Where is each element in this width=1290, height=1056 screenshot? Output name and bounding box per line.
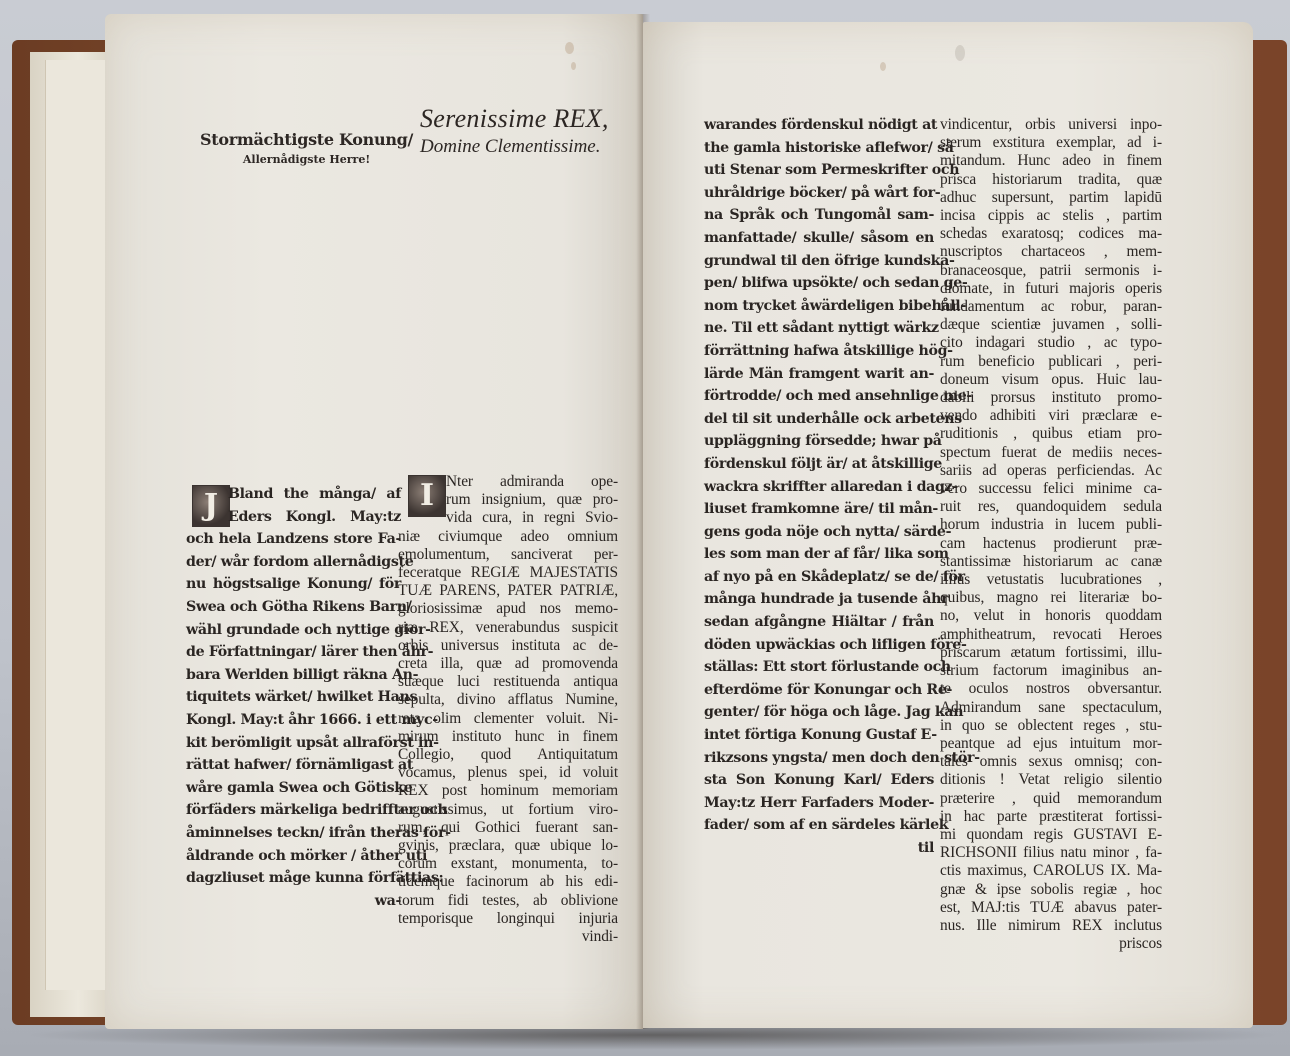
latin-column-left-page: Nter admiranda ope-rum insignium, quæ pr… (398, 473, 618, 946)
text-line: åminnelses teckn/ ifrån theras för- (186, 822, 401, 845)
text-line: tiquitets wärket/ hwilket Hans (186, 686, 401, 709)
text-line: ctis maximus, CAROLUS IX. Ma- (940, 862, 1162, 880)
text-line: nus. Ille nimirum REX inclutus (940, 917, 1162, 935)
text-line: niæ civiumque adeo omnium (398, 528, 618, 546)
foxing-spot (955, 45, 965, 61)
text-line: ne. Til ett sådant nyttigt wärkz (704, 317, 934, 340)
text-line: tales omnis sexus omnisq; con- (940, 753, 1162, 771)
text-line: peantque ad ejus intuitum mor- (940, 735, 1162, 753)
text-line: præterire , quid memorandum (940, 790, 1162, 808)
text-line: vida cura, in regni Svio- (398, 509, 618, 527)
text-line: Bland the många/ af (186, 483, 401, 506)
text-line: vocamus, plenus spei, id voluit (398, 764, 618, 782)
text-line: est, MAJ:tis TUÆ abavus pater- (940, 899, 1162, 917)
text-line: kit berömligit upsåt allraförst in- (186, 732, 401, 755)
text-line: döden upwäckias och lifligen före- (704, 634, 934, 657)
foxing-spot (880, 62, 886, 71)
text-line: fader/ som af en särdeles kärlek (704, 814, 934, 837)
text-line: fördenskul följt är/ at åtskillige (704, 453, 934, 476)
text-line: rum, qui Gothici fuerant san- (398, 819, 618, 837)
heading-swedish-line1: Stormächtigste Konung/ (200, 130, 413, 149)
text-line: in quo se oblectent reges , stu- (940, 717, 1162, 735)
text-line: uti Stenar som Permeskrifter och (704, 159, 934, 182)
text-line: no, velut in honoris quoddam (940, 607, 1162, 625)
text-line: spectum fuerat de mediis neces- (940, 444, 1162, 462)
text-line: förfäders märkeliga bedriffter och (186, 799, 401, 822)
text-line: sta Son Konung Karl/ Eders (704, 769, 934, 792)
text-line: the gamla historiske aflefwor/ så (704, 137, 934, 160)
catchword: til (704, 837, 934, 860)
text-line: orbis universus instituta ac de- (398, 637, 618, 655)
text-line: gvinis, præclara, quæ ubique lo- (398, 837, 618, 855)
text-line: sedan afgångne Hiältar / från (704, 611, 934, 634)
text-line: mi quondam regis GUSTAVI E- (940, 826, 1162, 844)
swedish-column-left-page: Bland the många/ afEders Kongl. May:tzoc… (186, 483, 401, 912)
text-line: Nter admiranda ope- (398, 473, 618, 491)
catchword: wa- (186, 890, 401, 913)
text-line: uppläggning försedde; hwar på (704, 430, 934, 453)
text-line: emolumentum, sanciverat per- (398, 546, 618, 564)
text-line: vindicentur, orbis universi inpo- (940, 116, 1162, 134)
text-line: quibus, magno rei literariæ bo- (940, 589, 1162, 607)
text-line: dabili prorsus instituto promo- (940, 389, 1162, 407)
show-through-text (250, 370, 610, 440)
text-line: strium factorum imaginibus an- (940, 662, 1162, 680)
text-line: intet förtiga Konung Gustaf E- (704, 724, 934, 747)
text-line: Eders Kongl. May:tz (186, 506, 401, 529)
heading-latin: Serenissime REX, Domine Clementissime. (420, 104, 609, 158)
text-line: de Författningar/ lärer then åhr- (186, 641, 401, 664)
text-line: sariis ad operas perficiendas. Ac (940, 462, 1162, 480)
text-line: schedas exaratosq; codices ma- (940, 225, 1162, 243)
text-line: manfattade/ skulle/ såsom en (704, 227, 934, 250)
text-line: gens goda nöje och nytta/ särde- (704, 521, 934, 544)
text-line: pen/ blifwa upsökte/ och sedan ge- (704, 272, 934, 295)
catchword: priscos (940, 935, 1162, 953)
text-line: in hac parte præstiterat fortissi- (940, 808, 1162, 826)
catchword: vindi- (398, 928, 618, 946)
text-line: och hela Landzens store Fa- (186, 528, 401, 551)
text-line: ditionis ! Vetat religio silentio (940, 771, 1162, 789)
text-line: nu högstsalige Konung/ för (186, 573, 401, 596)
text-line: tidemque facinorum ab his edi- (398, 873, 618, 891)
heading-swedish-line2: Allernådigste Herre! (200, 153, 413, 166)
text-line: förtrodde/ och med ansehnlige me- (704, 385, 934, 408)
heading-latin-line1: Serenissime REX, (420, 104, 609, 134)
text-line: nom trycket åwärdeligen bibehåll- (704, 295, 934, 318)
text-line: les som man der af får/ lika som (704, 543, 934, 566)
foxing-spot (565, 42, 574, 54)
text-line: horum industria in lucem publi- (940, 516, 1162, 534)
text-line: prisca historiarum tradita, quæ (940, 171, 1162, 189)
text-line: cito indagari studio , ac typo- (940, 334, 1162, 352)
text-line: na Språk och Tungomål sam- (704, 204, 934, 227)
text-line: del til sit underhålle ock arbetens (704, 408, 934, 431)
text-line: priscarum ætatum fortissimi, illu- (940, 644, 1162, 662)
text-line: dagzliuset måge kunna förfättias: (186, 867, 401, 890)
text-line: liuset framkomne äre/ til mån- (704, 498, 934, 521)
text-line: incisa cippis ac stelis , partim (940, 207, 1162, 225)
text-line: sepulta, divino afflatus Numine, (398, 691, 618, 709)
text-line: diomate, in futuri majoris operis (940, 280, 1162, 298)
text-line: wåre gamla Swea och Götiske (186, 777, 401, 800)
text-line: af nyo på en Skådeplatz/ se de/ för (704, 566, 934, 589)
text-line: vero successu felici minime ca- (940, 480, 1162, 498)
text-line: corum exstant, monumenta, to- (398, 855, 618, 873)
flyleaf-inner (45, 60, 106, 990)
text-line: många hundrade ja tusende åhr (704, 588, 934, 611)
text-line: te oculos nostros obversantur. (940, 680, 1162, 698)
text-line: rum insignium, quæ pro- (398, 491, 618, 509)
text-line: feceratque REGIÆ MAJESTATIS (398, 564, 618, 582)
text-line: dæque scientiæ juvamen , solli- (940, 316, 1162, 334)
text-line: warandes fördenskul nödigt at (704, 114, 934, 137)
text-line: ställas: Ett stort förlustande och (704, 656, 934, 679)
text-line: ruit res, quandoquidem sedula (940, 498, 1162, 516)
text-line: mirum instituto hunc in finem (398, 728, 618, 746)
text-line: bara Werlden billigt räkna An- (186, 664, 401, 687)
text-line: vendo adhibiti viri præclaræ e- (940, 407, 1162, 425)
text-line: REX post hominum memoriam (398, 782, 618, 800)
text-line: adhuc supersunt, partim lapidū (940, 189, 1162, 207)
text-line: Kongl. May:t åhr 1666. i ett myc- (186, 709, 401, 732)
text-line: lärde Män framgent warit an- (704, 363, 934, 386)
text-line: branaceosque, patrii sermonis i- (940, 262, 1162, 280)
text-line: efterdöme för Konungar och Re- (704, 679, 934, 702)
text-line: sterum exstitura exemplar, ad i- (940, 134, 1162, 152)
text-line: rättat hafwer/ förnämligast at (186, 754, 401, 777)
text-line: TUÆ PARENS, PATER PATRIÆ, (398, 582, 618, 600)
text-line: grundwal til den öfrige kundska- (704, 250, 934, 273)
text-line: illius vetustatis lucubrationes , (940, 571, 1162, 589)
text-line: Collegio, quod Antiquitatum (398, 746, 618, 764)
text-line: wackra skriffter allaredan i dagz- (704, 476, 934, 499)
text-line: förrättning hafwa åtskillige hög- (704, 340, 934, 363)
text-line: nuscriptos chartaceos , mem- (940, 243, 1162, 261)
text-line: torum fidi testes, ab oblivione (398, 892, 618, 910)
text-line: amphitheatrum, revocati Heroes (940, 626, 1162, 644)
text-line: ruditionis , quibus etiam pro- (940, 425, 1162, 443)
text-line: Admirandum sane spectaculum, (940, 699, 1162, 717)
latin-column-right-page: vindicentur, orbis universi inpo-sterum … (940, 116, 1162, 953)
text-line: Swea och Götha Rikens Barn/ (186, 596, 401, 619)
heading-swedish: Stormächtigste Konung/ Allernådigste Her… (200, 130, 413, 166)
text-line: åldrande och mörker / åther uti (186, 845, 401, 868)
text-line: gloriosissimæ apud nos memo- (398, 600, 618, 618)
text-line: riæ REX, venerabundus suspicit (398, 619, 618, 637)
text-line: suæque luci restituenda antiqua (398, 673, 618, 691)
text-line: rum beneficio publicari , peri- (940, 353, 1162, 371)
text-line: der/ wår fordom allernådigste (186, 551, 401, 574)
text-line: genter/ för höga och låge. Jag kan (704, 701, 934, 724)
text-line: wähl grundade och nyttige gior- (186, 619, 401, 642)
text-line: fundamentum ac robur, paran- (940, 298, 1162, 316)
heading-latin-line2: Domine Clementissime. (420, 136, 609, 158)
text-line: rata olim clementer voluit. Ni- (398, 710, 618, 728)
text-line: stantissimæ historiarum ac canæ (940, 553, 1162, 571)
text-line: creta illa, quæ ad promovenda (398, 655, 618, 673)
text-line: May:tz Herr Farfaders Moder- (704, 792, 934, 815)
text-line: doneum visum opus. Huic lau- (940, 371, 1162, 389)
text-line: rikzsons yngsta/ men doch den stör- (704, 747, 934, 770)
text-line: augustissimus, ut fortium viro- (398, 801, 618, 819)
foxing-spot (571, 62, 576, 70)
text-line: gnæ & ipse sobolis regiæ , hoc (940, 881, 1162, 899)
swedish-column-right-page: warandes fördenskul nödigt atthe gamla h… (704, 114, 934, 860)
text-line: mitandum. Hunc adeo in finem (940, 152, 1162, 170)
text-line: RICHSONII filius natu minor , fa- (940, 844, 1162, 862)
text-line: cam hactenus prodierunt præ- (940, 535, 1162, 553)
text-line: temporisque longinqui injuria (398, 910, 618, 928)
text-line: uhråldrige böcker/ på wårt for- (704, 182, 934, 205)
